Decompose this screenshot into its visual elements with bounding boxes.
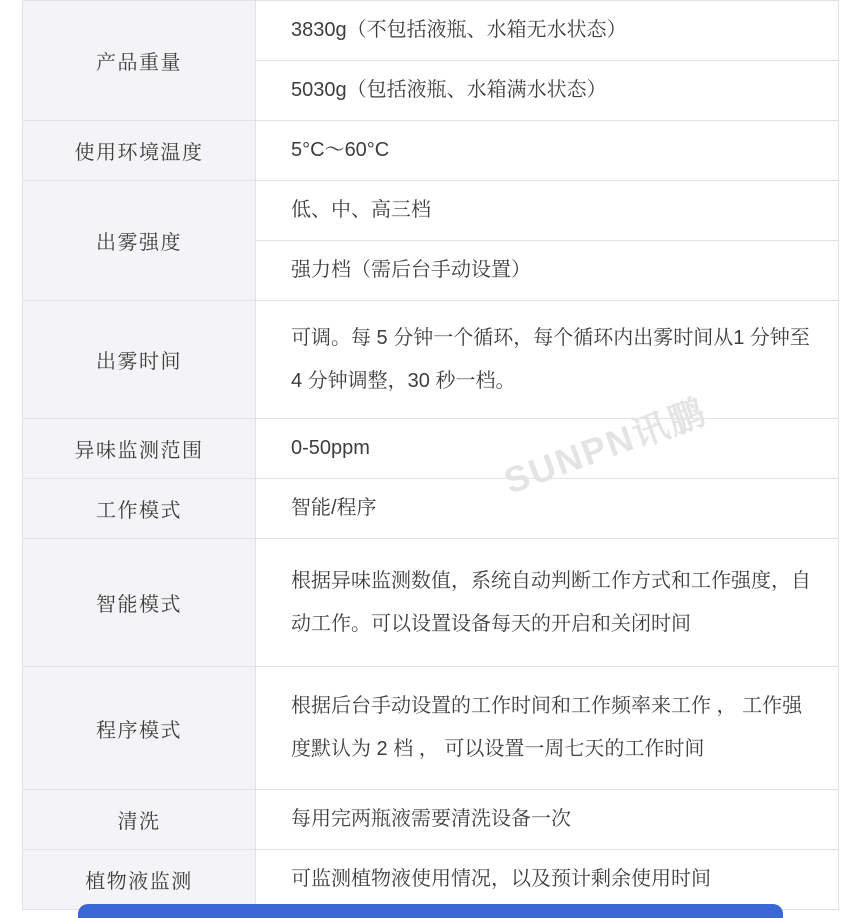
spec-value: 0-50ppm: [256, 419, 839, 479]
spec-label-work-mode: 工作模式: [23, 479, 256, 539]
spec-label-mist-intensity: 出雾强度: [23, 181, 256, 301]
spec-value: 根据后台手动设置的工作时间和工作频率来工作 ， 工作强度默认为 2 档 ， 可以…: [256, 667, 839, 790]
spec-label-cleaning: 清洗: [23, 790, 256, 850]
spec-value: 智能/程序: [256, 479, 839, 539]
spec-label-odor-detection-range: 异味监测范围: [23, 419, 256, 479]
spec-value: 5030g（包括液瓶、水箱满水状态）: [256, 61, 839, 121]
spec-value: 低、中、高三档: [256, 181, 839, 241]
spec-value: 根据异味监测数值，系统自动判断工作方式和工作强度，自动工作。可以设置设备每天的开…: [256, 539, 839, 667]
spec-label-operating-temperature: 使用环境温度: [23, 121, 256, 181]
spec-table: 产品重量 3830g（不包括液瓶、水箱无水状态） 5030g（包括液瓶、水箱满水…: [22, 0, 839, 910]
spec-label-product-weight: 产品重量: [23, 1, 256, 121]
spec-label-smart-mode: 智能模式: [23, 539, 256, 667]
spec-value: 每用完两瓶液需要清洗设备一次: [256, 790, 839, 850]
spec-value: 3830g（不包括液瓶、水箱无水状态）: [256, 1, 839, 61]
spec-value: 强力档（需后台手动设置）: [256, 241, 839, 301]
next-section-banner-edge: [78, 904, 783, 918]
spec-value: 可调。每 5 分钟一个循环，每个循环内出雾时间从1 分钟至 4 分钟调整，30 …: [256, 301, 839, 419]
spec-value: 5°C～60°C: [256, 121, 839, 181]
spec-label-program-mode: 程序模式: [23, 667, 256, 790]
spec-page: 产品重量 3830g（不包括液瓶、水箱无水状态） 5030g（包括液瓶、水箱满水…: [0, 0, 860, 918]
spec-label-mist-time: 出雾时间: [23, 301, 256, 419]
spec-value: 可监测植物液使用情况，以及预计剩余使用时间: [256, 850, 839, 910]
spec-label-liquid-monitoring: 植物液监测: [23, 850, 256, 910]
